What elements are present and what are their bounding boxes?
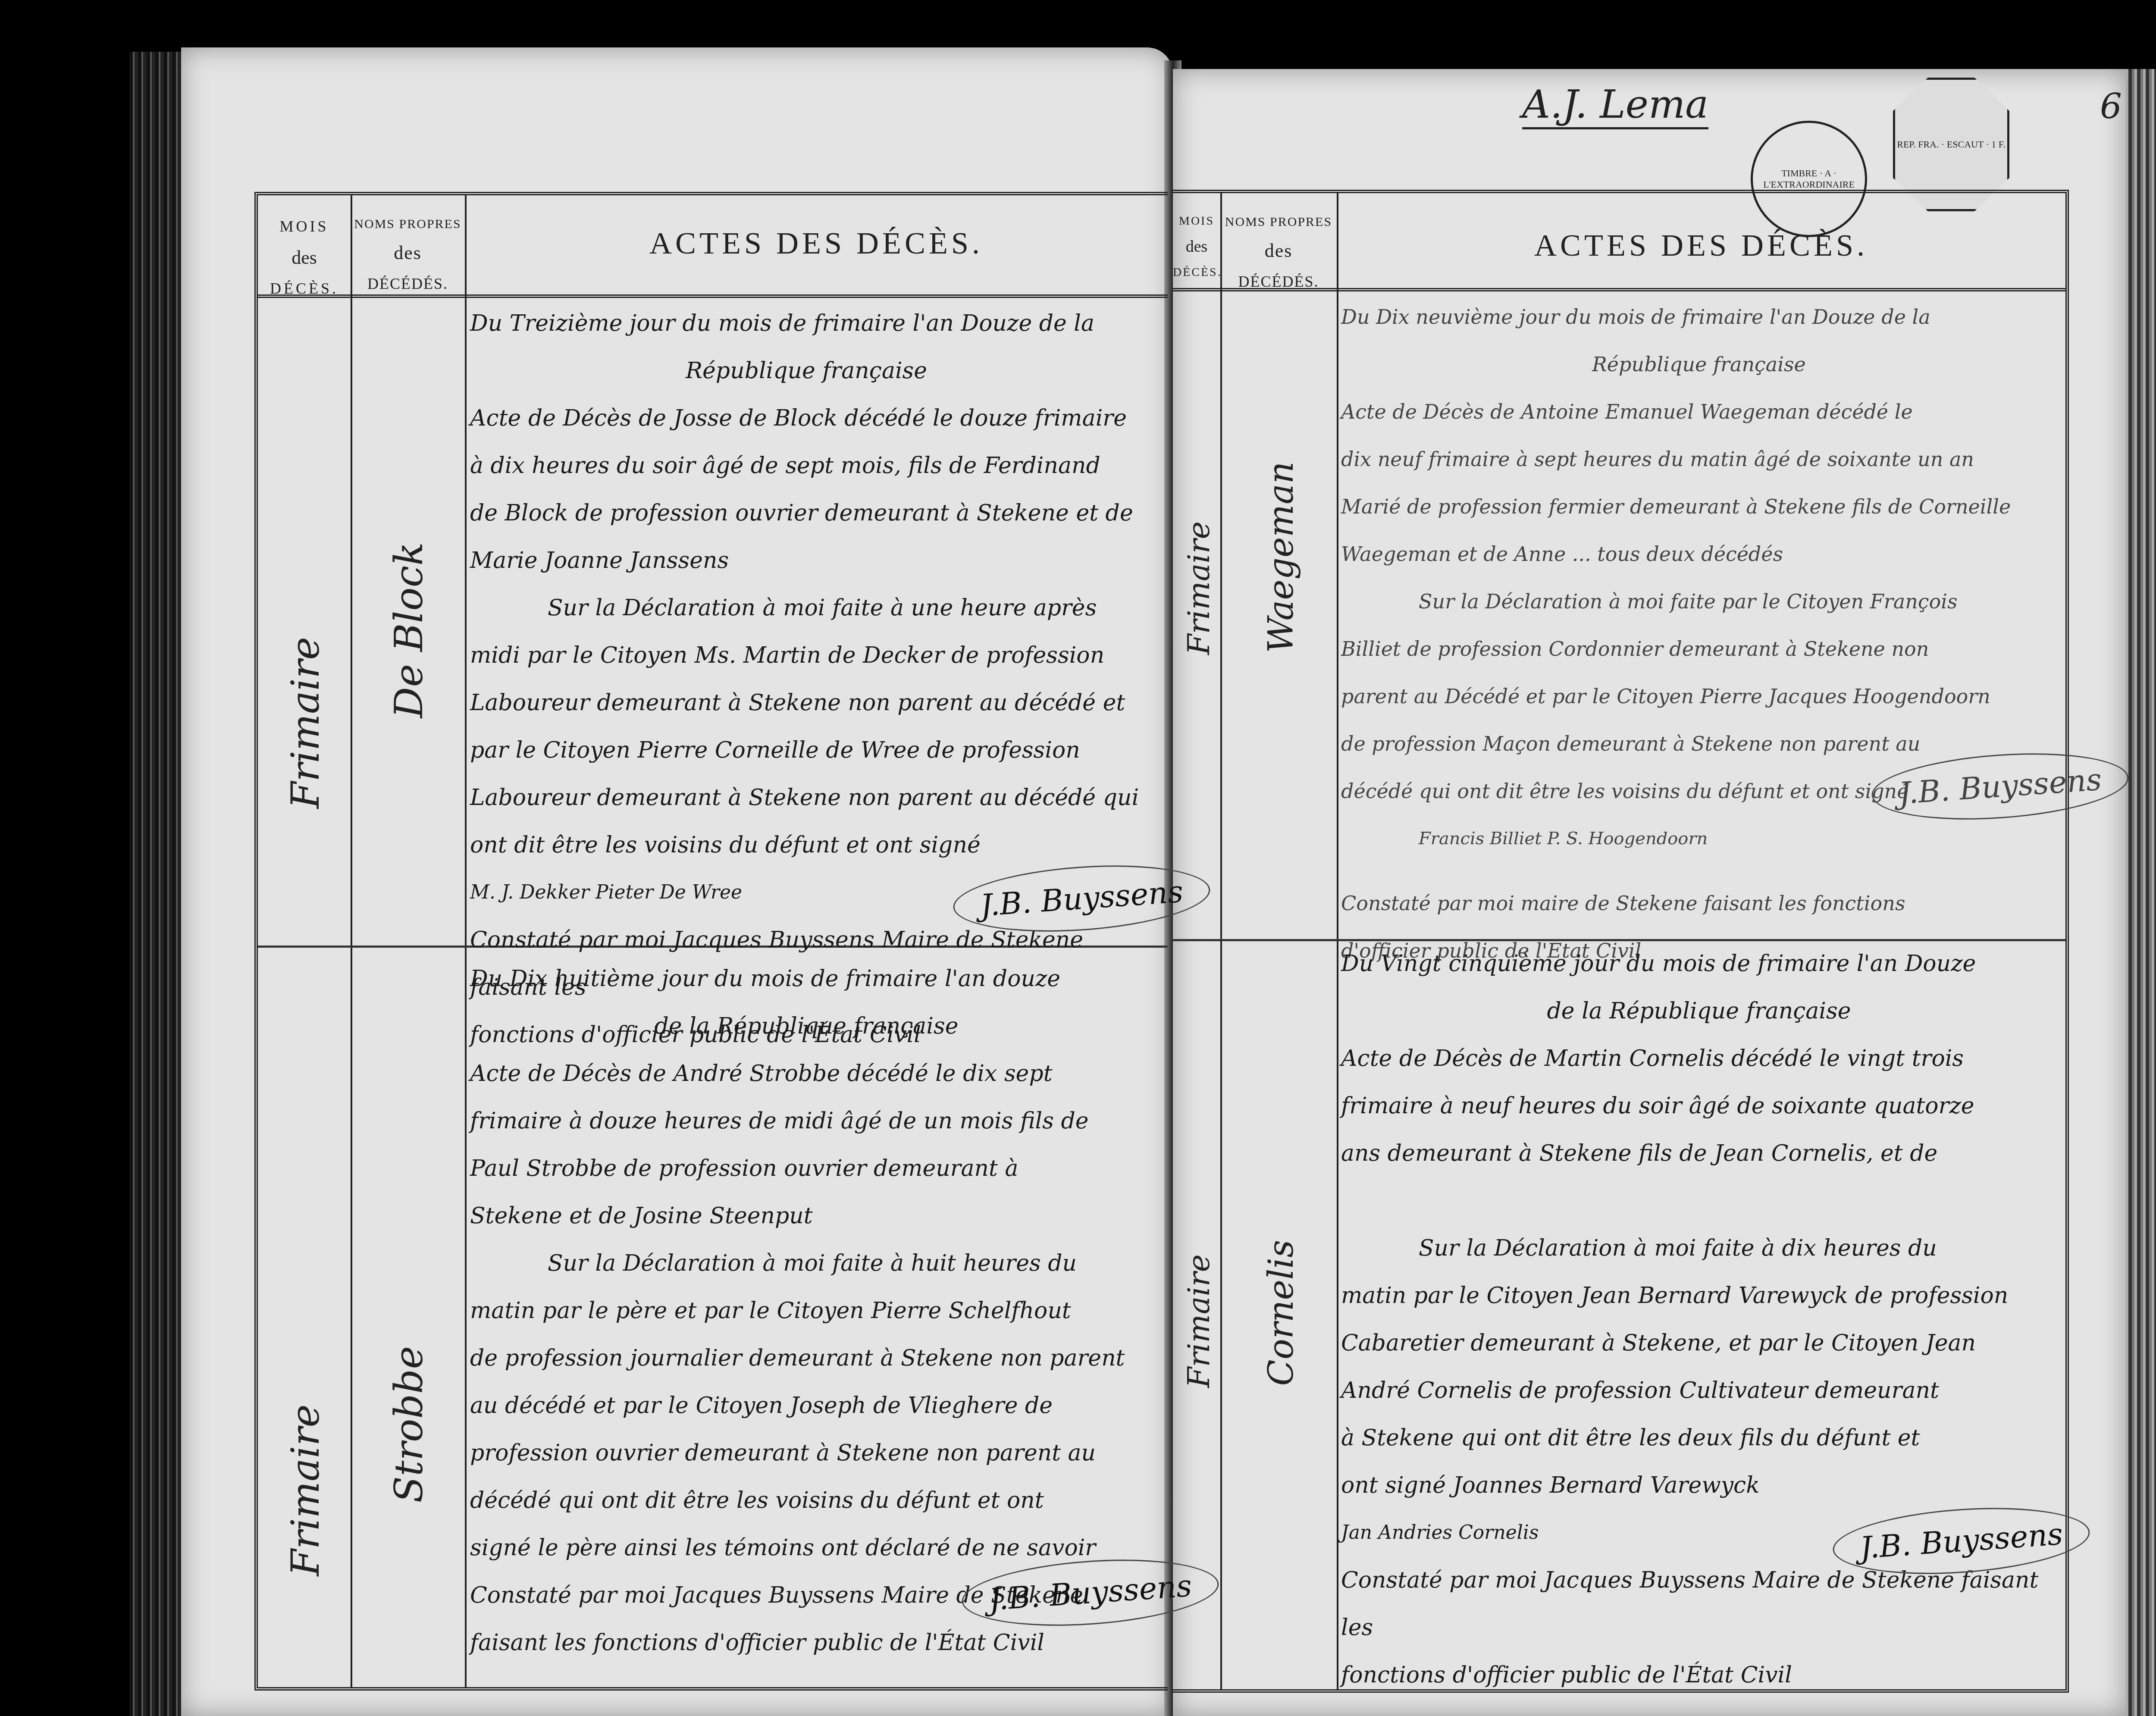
book-left-edge	[129, 52, 185, 1716]
death-record-entry: Du Vingt cinquième jour du mois de frima…	[1341, 940, 2057, 1699]
header-month: MOIS des DÉCÈS.	[1173, 210, 1220, 283]
book-right-edge	[2126, 69, 2156, 1716]
entry-month: Frimaire	[1181, 1241, 1216, 1388]
entry-name: Strobbe	[386, 1365, 432, 1503]
header-names: NOMS PROPRES des DÉCÉDÉS.	[1220, 210, 1337, 296]
page-title: ACTES DES DÉCÈS.	[1337, 228, 2065, 263]
official-signature: A.J. Lema	[1522, 82, 1708, 129]
entry-month: Frimaire	[1181, 508, 1216, 655]
month-column	[1173, 193, 1222, 1689]
entry-month: Frimaire	[283, 1430, 328, 1576]
page-title: ACTES DES DÉCÈS.	[465, 225, 1168, 261]
entry-name: Waegeman	[1261, 515, 1301, 653]
entry-month: Frimaire	[283, 662, 328, 809]
names-column	[1220, 193, 1338, 1689]
header-names: NOMS PROPRES des DÉCÉDÉS.	[351, 213, 465, 298]
entry-name: Cornelis	[1261, 1248, 1301, 1386]
header-month: MOIS des DÉCÈS.	[258, 213, 351, 303]
death-record-entry: Du Treizième jour du mois de frimaire l'…	[470, 300, 1143, 1058]
page-number: 6	[2100, 86, 2122, 126]
death-record-entry: Du Dix neuvième jour du mois de frimaire…	[1341, 293, 2057, 974]
death-record-entry: Du Dix huitième jour du mois de frimaire…	[470, 955, 1143, 1666]
entry-name: De Block	[386, 580, 432, 718]
